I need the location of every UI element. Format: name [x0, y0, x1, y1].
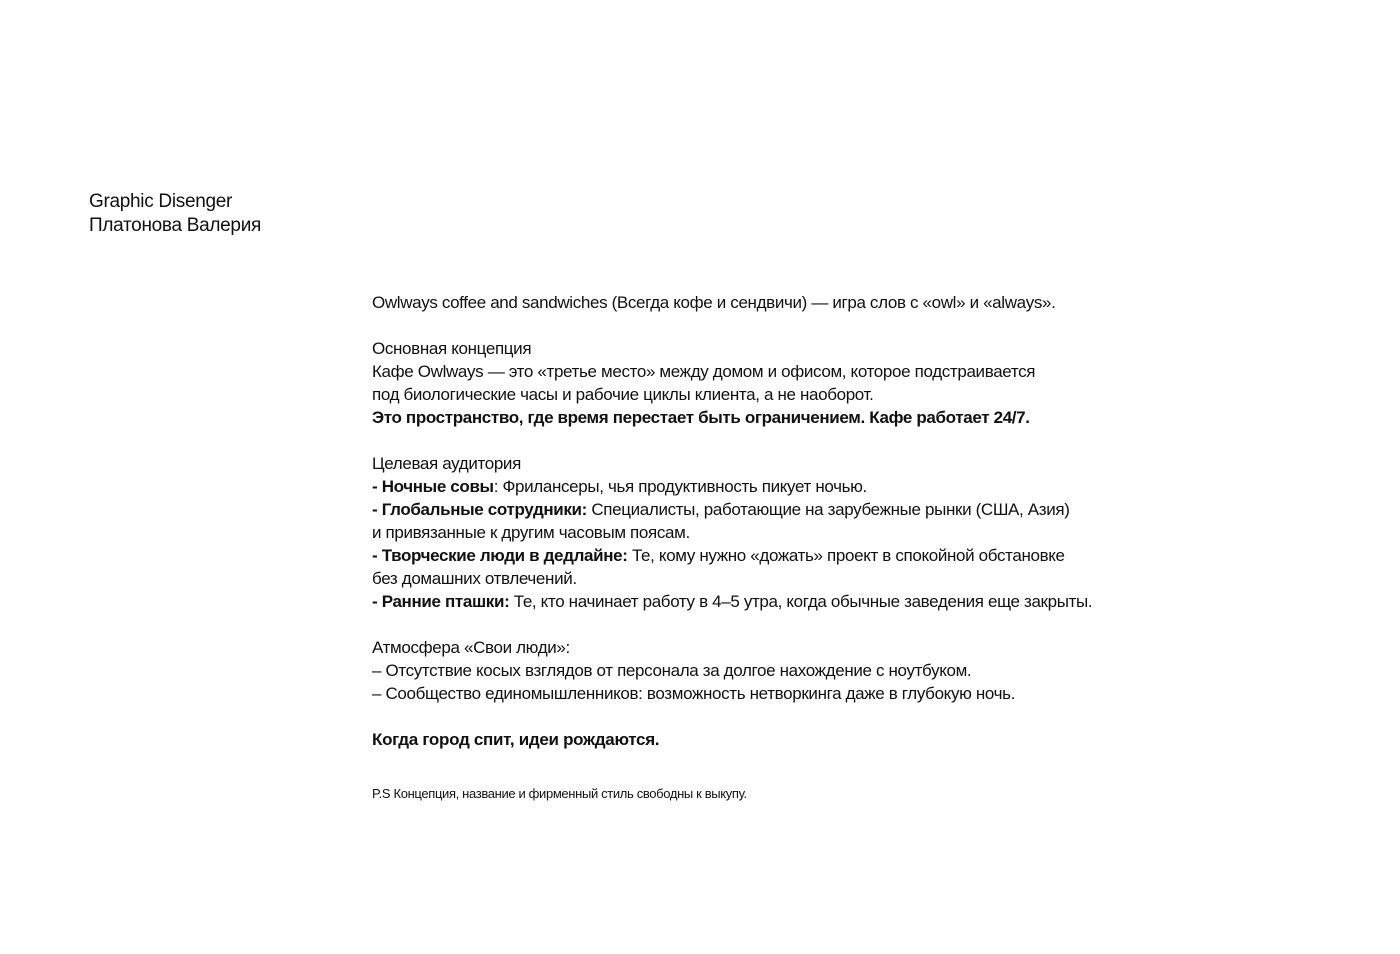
audience-item-label: Глобальные сотрудники [382, 500, 582, 519]
concept-heading: Основная концепция [372, 337, 1272, 360]
audience-item-prefix: - [372, 546, 382, 565]
concept-document: Owlways coffee and sandwiches (Всегда ко… [372, 291, 1272, 802]
author-block: Graphic Disenger Платонова Валерия [89, 190, 261, 237]
audience-item: - Творческие люди в дедлайне: Те, кому н… [372, 544, 1272, 567]
atmosphere-item: – Сообщество единомышленников: возможнос… [372, 682, 1272, 705]
spacer [372, 314, 1272, 337]
audience-item-continuation: без домашних отвлечений. [372, 567, 1272, 590]
audience-item-prefix: - [372, 477, 382, 496]
atmosphere-item: – Отсутствие косых взглядов от персонала… [372, 659, 1272, 682]
intro-text: Owlways coffee and sandwiches (Всегда ко… [372, 291, 1272, 314]
audience-item-prefix: - [372, 500, 382, 519]
spacer [372, 429, 1272, 452]
audience-item: - Ночные совы: Фрилансеры, чья продуктив… [372, 475, 1272, 498]
audience-heading: Целевая аудитория [372, 452, 1272, 475]
audience-item-text: Те, кто начинает работу в 4–5 утра, когд… [509, 592, 1092, 611]
spacer [372, 705, 1272, 728]
audience-item-label: Ночные совы [382, 477, 494, 496]
atmosphere-heading: Атмосфера «Свои люди»: [372, 636, 1272, 659]
concept-emphasis: Это пространство, где время перестает бы… [372, 406, 1272, 429]
audience-item-text: Те, кому нужно «дожать» проект в спокойн… [628, 546, 1065, 565]
postscript: P.S Концепция, название и фирменный стил… [372, 786, 1272, 802]
audience-item: - Глобальные сотрудники: Специалисты, ра… [372, 498, 1272, 521]
audience-item-label: Творческие люди в дедлайне [382, 546, 623, 565]
audience-item-text: Специалисты, работающие на зарубежные ры… [587, 500, 1070, 519]
concept-line: под биологические часы и рабочие циклы к… [372, 383, 1272, 406]
audience-item-prefix: - [372, 592, 382, 611]
audience-item-label: Ранние пташки [382, 592, 504, 611]
concept-line: Кафе Owlways — это «третье место» между … [372, 360, 1272, 383]
audience-item-continuation: и привязанные к другим часовым поясам. [372, 521, 1272, 544]
audience-item: - Ранние пташки: Те, кто начинает работу… [372, 590, 1272, 613]
slogan: Когда город спит, идеи рождаются. [372, 728, 1272, 751]
author-title: Graphic Disenger [89, 190, 261, 214]
spacer [372, 613, 1272, 636]
audience-item-text: : Фрилансеры, чья продуктивность пикует … [494, 477, 867, 496]
author-name: Платонова Валерия [89, 214, 261, 238]
